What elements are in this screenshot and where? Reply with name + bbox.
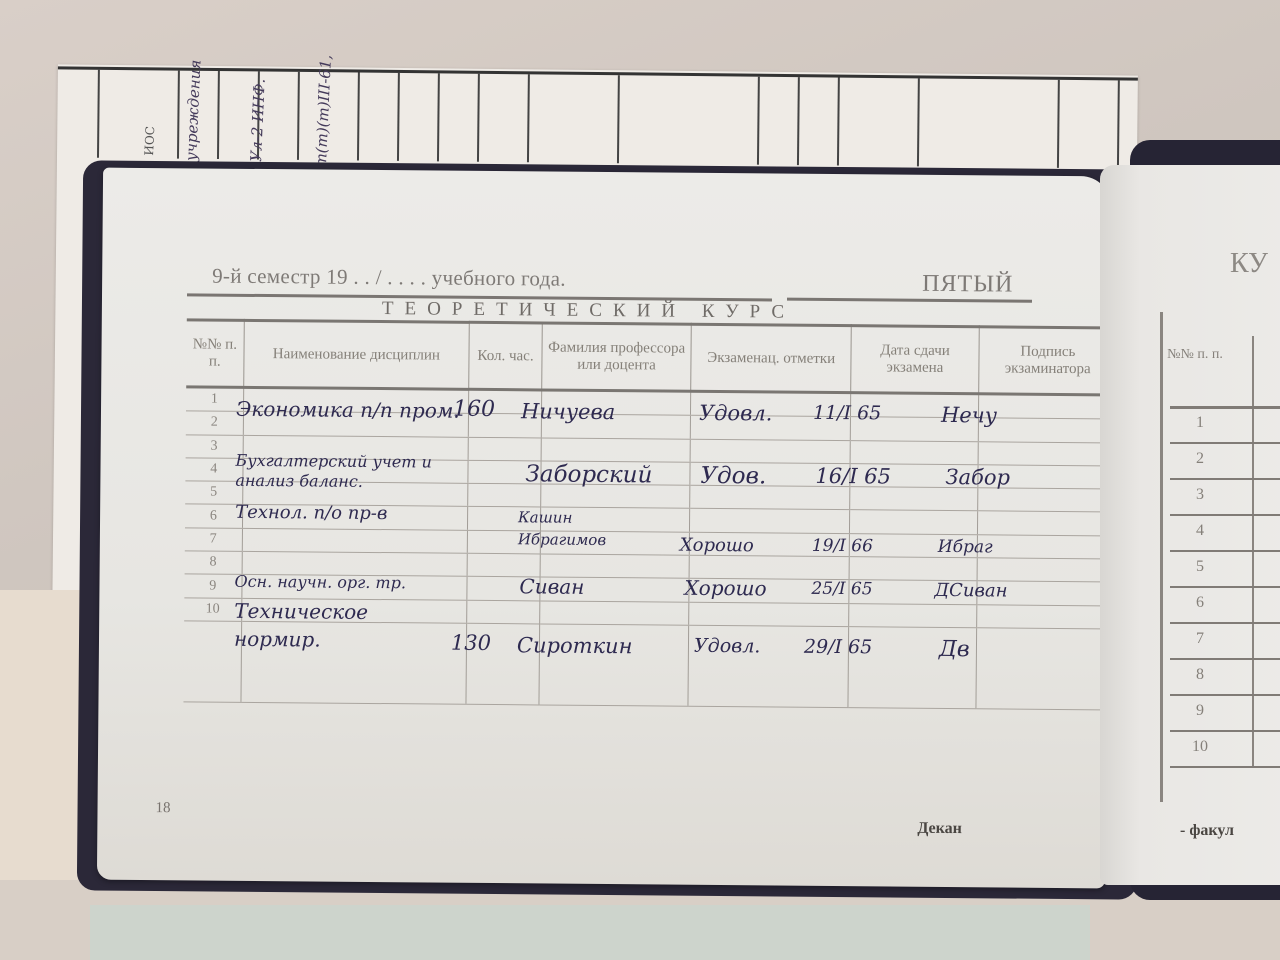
col-number: №№ п. п. [186,320,244,387]
row-line [1170,514,1280,516]
sheet-column-line [177,71,179,159]
entry-grade: Удовл. [694,635,761,658]
entry-professor: Кашин Ибрагимов [518,506,648,551]
sheet-column-line [1057,80,1059,168]
col-date: Дата сдачи экзамена [851,326,979,394]
entry-grade: Удовл. [699,401,773,426]
page-number: 18 [155,800,170,817]
row-number: 4 [1160,522,1240,540]
right-col-number: №№ п. п. [1160,346,1230,363]
entry-discipline: Осн. научн. орг. тр. [234,572,406,592]
row-number: 1 [186,387,243,412]
entry-discipline: Техническое нормир. [234,597,434,655]
entry-grade: Хорошо [680,535,754,557]
row-number: 3 [186,434,243,458]
row-number: 6 [1160,594,1240,612]
entry-signature: Ибраг [938,537,993,557]
sheet-column-line [397,73,399,161]
sheet-column-line [917,78,919,166]
col-signature: Подпись экзаминатора [978,327,1116,395]
right-header-rule [1170,406,1280,409]
row-number: 8 [185,551,242,575]
col-discipline: Наименование дисциплин [243,320,469,389]
entry-grade: Хорошо [684,576,766,601]
row-number: 7 [185,528,242,552]
entry-discipline: Бухгалтерский учет и анализ баланс. [235,451,485,493]
entry-professor: Сироткин [517,633,633,658]
sheet-column-line [617,75,619,163]
row-number: 3 [1160,486,1240,504]
entry-date: 11/I 65 [813,402,882,425]
entry-professor: Ничуева [521,399,615,424]
col-professor: Фамилия профессора или доцента [542,323,692,391]
entry-signature: Забор [945,465,1010,490]
entry-date: 29/I 65 [804,636,873,659]
row-line [1170,694,1280,696]
entry-discipline: Экономика п/п пром. [236,397,460,423]
entry-date: 25/I 65 [811,579,872,600]
row-number: 9 [184,574,241,598]
row-number: 5 [185,481,242,505]
entry-professor: Заборский [525,461,652,488]
table-header: №№ п. п. Наименование дисциплин Кол. час… [186,320,1117,395]
sheet-column-line [837,78,839,166]
row-number: 2 [1160,450,1240,468]
entry-date: 16/I 65 [815,464,891,489]
entry-discipline: Технол. п/о пр-в [235,502,387,524]
sheet-column-line [1117,80,1119,168]
row-number: 1 [1160,414,1240,432]
right-table-border [1160,312,1163,802]
sheet-column-line [527,74,529,162]
sheet-handwriting: учреждения [182,59,205,161]
sheet-column-line [477,74,479,162]
sheet-printed-text: ИОС [142,126,157,156]
row-line [1170,766,1280,768]
row-number: 6 [185,504,242,528]
row-number: 10 [184,598,241,622]
entry-grade: Удов. [700,463,766,490]
entry-hours: 130 [451,631,491,655]
row-line [1170,586,1280,588]
sheet-column-line [97,70,99,158]
sheet-column-line [437,73,439,161]
row-line [1170,730,1280,732]
sheet-column-line [357,73,359,161]
entry-signature: Нечу [941,403,997,427]
row-line [1170,550,1280,552]
sheet-handwriting: Ул-2 ИНФ. [247,78,269,162]
row-line [1170,442,1280,444]
sheet-handwriting: т(т)(т)III-61, [312,54,335,167]
entry-date: 19/I 66 [812,536,873,557]
row-number: 8 [1160,666,1240,684]
background-green-paper [90,905,1090,960]
sheet-column-line [217,71,219,159]
sheet-column-line [297,72,299,160]
entry-professor: Сиван [519,574,584,599]
sheet-column-line [757,77,759,165]
year-label: ПЯТЫЙ [922,271,1013,299]
row-number: 9 [1160,702,1240,720]
row-number: 7 [1160,630,1240,648]
right-page-footer: - факул [1180,822,1234,840]
col-hours: Кол. час. [469,322,543,390]
semester-line: 9-й семестр 19 . . / . . . . учебного го… [212,264,566,292]
entry-hours: 160 [453,397,495,422]
sheet-column-line [797,77,799,165]
row-line [1170,478,1280,480]
entry-signature: Дв [939,637,970,662]
row-line [1170,658,1280,660]
dean-label: Декан [917,820,962,838]
entry-signature: ДСиван [934,580,1007,602]
row-line [1170,622,1280,624]
row-number: 2 [186,411,243,435]
row-number: 5 [1160,558,1240,576]
sheet-top-rule [58,66,1138,80]
row-number: 10 [1160,738,1240,756]
right-page-header: КУ [1230,248,1268,280]
left-page: 9-й семестр 19 . . / . . . . учебного го… [97,168,1111,889]
row-number: 4 [185,458,242,482]
col-grade: Экзаменац. отметки [691,324,852,392]
